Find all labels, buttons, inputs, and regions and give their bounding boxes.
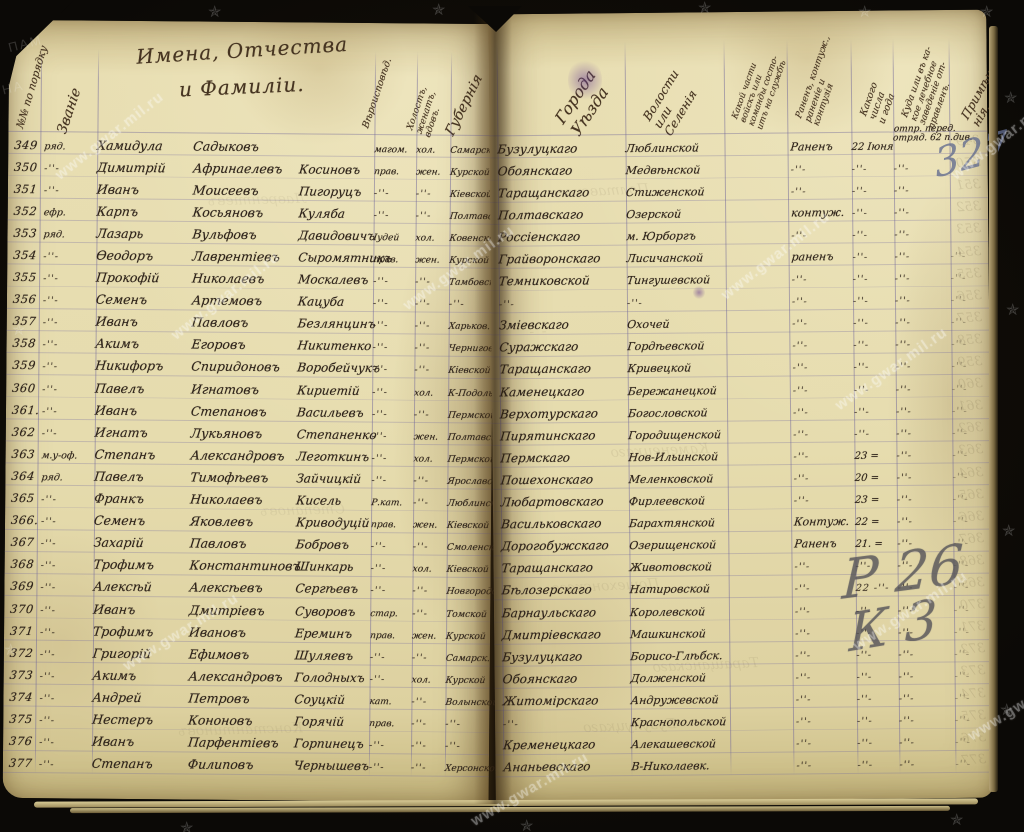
date-value: -''- — [854, 399, 896, 418]
guberniya-value: Пермской — [448, 447, 492, 466]
volost-value: м. Юрборгъ — [626, 224, 725, 244]
unit-value — [728, 542, 791, 543]
volost-value: Тингушевской — [627, 268, 726, 288]
wound-value: -''- — [790, 400, 854, 420]
faith-value: прав. — [369, 711, 411, 730]
first-name: Трофимъ — [93, 620, 189, 640]
surname — [299, 145, 374, 146]
faith-value: кат. — [369, 689, 411, 708]
guberniya-value: Кіевской — [450, 181, 494, 200]
sent-value: -''- — [898, 664, 954, 684]
note-value: -''- — [952, 398, 986, 417]
uezd-value: -''- — [503, 711, 631, 731]
rank-value: -''- — [37, 531, 94, 550]
sent-value: -''- — [896, 443, 952, 463]
first-name: Иванъ — [93, 598, 189, 618]
row-number: 366. — [5, 509, 37, 528]
faith-value: -''- — [369, 733, 411, 752]
volost-value: Городищенской — [628, 423, 727, 443]
date-value: -''- — [852, 200, 894, 219]
first-name: Иванъ — [97, 178, 193, 198]
note-value: -''- — [955, 686, 989, 705]
unit-value — [729, 564, 792, 565]
guberniya-value: Ковенской — [449, 226, 493, 245]
star-icon: ✯ — [432, 0, 445, 19]
date-value: 20 = — [855, 465, 897, 484]
guberniya-value: Курской — [446, 668, 490, 687]
volost-value: Охочей — [627, 312, 726, 332]
row-number: 375 — [3, 708, 35, 727]
first-name: Алексѣй — [93, 576, 189, 596]
row-number: 368 — [5, 553, 37, 572]
note-value: -''- — [955, 708, 989, 727]
patronymic: Александровъ — [191, 444, 297, 464]
wound-value: -''- — [790, 422, 854, 442]
faith-value: -''- — [372, 380, 414, 399]
col-header-volost: Волости или Селенія — [641, 68, 702, 139]
col-header-names-2: и Фамиліи. — [104, 69, 380, 105]
guberniya-value: Люблинск. — [447, 491, 491, 510]
unit-value — [725, 211, 788, 212]
rank-value: -''- — [39, 288, 96, 307]
faith-value: -''- — [372, 446, 414, 465]
faith-value: -''- — [373, 269, 415, 288]
patronymic: Степановъ — [191, 400, 297, 420]
wound-value: -''- — [788, 157, 852, 177]
faith-value: -''- — [373, 291, 415, 310]
wound-value: -''- — [792, 665, 856, 685]
marital-value: -''- — [414, 402, 448, 421]
surname: Никитенко — [298, 335, 373, 355]
surname: Васильевъ — [297, 401, 372, 421]
first-name: Димитрій — [97, 156, 193, 176]
wound-value: -''- — [789, 311, 853, 331]
row-number: 377 — [3, 752, 35, 771]
sent-value: -''- — [899, 730, 955, 750]
date-value: 22 Іюня — [851, 134, 893, 153]
first-name: Семенъ — [96, 289, 192, 309]
sent-value: -''- — [894, 200, 950, 220]
unit-value — [725, 233, 788, 234]
sent-value: -''- — [896, 354, 952, 374]
faith-value: -''- — [373, 313, 415, 332]
rank-value: -''- — [38, 355, 95, 374]
marital-value: хол. — [413, 557, 447, 576]
col-header-sent: Куда или въ ка- кое лечебное заведеніе о… — [901, 45, 961, 130]
col-header-number: №№ по порядку — [14, 44, 50, 130]
date-value: -''- — [857, 731, 899, 750]
sent-value: -''- — [896, 421, 952, 441]
wound-value: -''- — [793, 709, 857, 729]
guberniya-value: Чернигов. — [448, 336, 492, 355]
ledger-row-right: АнаньевскагоВ-Николаевк.-''--''--''--''- — [495, 750, 993, 777]
sent-value: -''- — [894, 222, 950, 242]
uezd-value: Суражскаго — [499, 335, 627, 355]
marital-value: -''- — [412, 579, 446, 598]
date-value: -''- — [857, 753, 899, 772]
uezd-value: Дмитріевскаго — [502, 623, 630, 643]
marital-value: -''- — [411, 711, 445, 730]
marital-value: -''- — [413, 490, 447, 509]
faith-value: прав. — [373, 247, 415, 266]
patronymic: Николаевъ — [192, 268, 298, 288]
row-number: 349 — [8, 133, 40, 152]
guberniya-value: -''- — [445, 734, 489, 753]
guberniya-value: Курской — [446, 623, 490, 642]
first-name: Семенъ — [94, 510, 190, 530]
faith-value: -''- — [369, 755, 411, 774]
surname: Горпинецъ — [294, 732, 369, 752]
scanned-ledger-spread: №№ по порядку Званіе Имена, Отчества и Ф… — [0, 0, 1024, 832]
sent-value: -''- — [896, 399, 952, 419]
patronymic: Лаврентіевъ — [192, 246, 298, 266]
row-number: 355 — [7, 266, 39, 285]
date-value: -''- — [854, 421, 896, 440]
rank-value: ряд. — [39, 222, 96, 241]
sent-value: -''- — [895, 310, 951, 330]
stacked-page-edge — [989, 26, 998, 792]
star-icon: ✯ — [950, 810, 963, 829]
marital-value: хол. — [416, 137, 450, 156]
first-name: Акимъ — [93, 664, 189, 684]
wound-value: -''- — [791, 466, 855, 486]
surname: Сыромятникъ — [298, 246, 373, 266]
unit-value — [726, 343, 789, 344]
rank-value: -''- — [37, 509, 94, 528]
first-name: Игнатъ — [95, 421, 191, 441]
col-header-wound: Раненъ, контуж., раненіе и контузія — [795, 35, 850, 128]
marital-value: -''- — [413, 468, 447, 487]
uezd-value: Бузулуцкаго — [497, 137, 625, 157]
note-value: -''- — [951, 288, 985, 307]
wound-value: контуж. — [788, 201, 852, 221]
uezd-value: Пирятинскаго — [500, 424, 628, 444]
star-icon: ✯ — [1000, 700, 1013, 719]
marital-value: -''- — [411, 689, 445, 708]
patronymic: Кононовъ — [188, 709, 294, 729]
row-number: 371 — [4, 619, 36, 638]
patronymic: Вульфовъ — [192, 223, 298, 243]
patronymic: Дмитріевъ — [189, 599, 295, 619]
row-number: 360 — [6, 376, 38, 395]
surname: Ереминъ — [295, 622, 370, 642]
patronymic: Моисеевъ — [193, 179, 299, 199]
col-header-date: Какого числа и года — [859, 81, 898, 126]
rank-value: ряд. — [37, 465, 94, 484]
uezd-value: Ананьевскаго — [503, 755, 631, 775]
row-number: 350 — [8, 156, 40, 175]
rank-value: -''- — [35, 730, 92, 749]
note-value: -''- — [951, 310, 985, 329]
unit-value — [727, 388, 790, 389]
patronymic: Павловъ — [192, 312, 298, 332]
volost-value: Долженской — [630, 666, 729, 686]
patronymic: Николаевъ — [190, 489, 296, 509]
volost-value: Лисичанской — [626, 246, 725, 266]
first-name: Захарій — [94, 532, 190, 552]
rank-value: -''- — [36, 642, 93, 661]
rank-value: -''- — [39, 333, 96, 352]
rank-value: -''- — [35, 708, 92, 727]
first-name: Никифоръ — [95, 355, 191, 375]
surname: Воробейчукъ — [297, 357, 372, 377]
unit-value — [728, 520, 791, 521]
date-value: 22 = — [855, 510, 897, 529]
marital-value: жен. — [413, 513, 447, 532]
guberniya-value: Курской — [449, 248, 493, 267]
row-number: 369 — [4, 575, 36, 594]
faith-value: -''- — [371, 468, 413, 487]
star-icon: ✯ — [1006, 300, 1019, 319]
first-name: Франкъ — [94, 488, 190, 508]
rank-value: -''- — [39, 244, 96, 263]
surname: Зайчицкій — [296, 467, 371, 487]
col-header-marital: Холостъ, женатъ, вдовъ. — [406, 85, 447, 139]
volost-value: Андружевской — [631, 688, 730, 708]
date-value: 23 = — [854, 443, 896, 462]
guberniya-value: К-Подольск. — [448, 380, 492, 399]
uezd-value: -''- — [499, 291, 627, 311]
note-value: -''- — [954, 663, 988, 682]
rank-value: -''- — [36, 620, 93, 639]
patronymic: Егоровъ — [192, 334, 298, 354]
wound-value: -''- — [792, 643, 856, 663]
date-value: -''- — [852, 178, 894, 197]
sent-value: -''- — [899, 752, 955, 772]
col-header-unit: Какой части войскъ или команды состо- ит… — [731, 48, 789, 132]
marital-value: -''- — [416, 203, 450, 222]
surname: Давидовичъ — [298, 224, 373, 244]
marital-value: -''- — [413, 535, 447, 554]
uezd-value: Бузулуцкаго — [502, 645, 630, 665]
sent-value: -''- — [899, 708, 955, 728]
faith-value: -''- — [371, 534, 413, 553]
first-name: Степанъ — [92, 753, 188, 773]
uezd-value: Пошехонскаго — [501, 468, 629, 488]
guberniya-value: Курской — [450, 159, 494, 178]
surname: Шинкарь — [296, 556, 371, 576]
faith-value: прав. — [370, 623, 412, 642]
rank-value: -''- — [36, 664, 93, 683]
sent-value: -''- — [897, 509, 953, 529]
faith-value: -''- — [371, 556, 413, 575]
marital-value: -''- — [411, 756, 445, 775]
unit-value — [726, 321, 789, 322]
marital-value: хол. — [415, 225, 449, 244]
date-value: -''- — [853, 267, 895, 286]
wound-value: -''- — [789, 267, 853, 287]
guberniya-value: Кіевской — [447, 513, 491, 532]
surname: Безлянцинъ — [298, 313, 373, 333]
uezd-value: Васильковскаго — [501, 512, 629, 532]
unit-value — [730, 675, 793, 676]
unit-value — [726, 299, 789, 300]
row-number: 353 — [7, 222, 39, 241]
patronymic: Алексѣевъ — [189, 577, 295, 597]
date-value: -''- — [857, 686, 899, 705]
rank-value: -''- — [40, 178, 97, 197]
wound-value: -''- — [793, 687, 857, 707]
volost-value: -''- — [627, 290, 726, 310]
guberniya-value: Волынской — [445, 690, 489, 709]
unit-value — [726, 277, 789, 278]
volost-value: Стиженской — [626, 180, 725, 200]
first-name: Карпъ — [97, 200, 193, 220]
note-value: -''- — [953, 487, 987, 506]
first-name: Ѳеодоръ — [96, 245, 192, 265]
first-name: Нестеръ — [92, 709, 188, 729]
wound-value: -''- — [788, 223, 852, 243]
star-icon: ✯ — [520, 816, 533, 832]
guberniya-value: Новгородск. — [446, 579, 490, 598]
uezd-value: Пермскаго — [500, 446, 628, 466]
unit-value — [727, 410, 790, 411]
row-number: 374 — [3, 686, 35, 705]
unit-value — [725, 167, 788, 168]
surname: Куляба — [299, 202, 374, 222]
wound-value: -''- — [793, 731, 857, 751]
wound-value: Раненъ — [787, 134, 851, 154]
row-number: 357 — [7, 310, 39, 329]
faith-value: -''- — [370, 667, 412, 686]
marital-value: хол. — [412, 667, 446, 686]
marital-value: -''- — [415, 270, 449, 289]
surname: Шуляевъ — [295, 644, 370, 664]
volost-value: Животовской — [629, 555, 728, 575]
uezd-value: Грайворонскаго — [498, 247, 626, 267]
note-value: -''- — [955, 752, 989, 771]
surname: Москалевъ — [298, 269, 373, 289]
guberniya-value: -''- — [445, 712, 489, 731]
guberniya-value: Кіевской — [448, 358, 492, 377]
guberniya-value: Полтавск. — [448, 425, 492, 444]
row-number: 351 — [8, 178, 40, 197]
guberniya-value: Самарской — [450, 137, 494, 156]
volost-value: Нов-Ильинской — [628, 445, 727, 465]
uezd-value: Зміевскаго — [499, 313, 627, 333]
uezd-value: Темниковской — [499, 269, 627, 289]
note-value: -''- — [953, 509, 987, 528]
faith-value: -''- — [374, 181, 416, 200]
patronymic: Артемовъ — [192, 290, 298, 310]
rank-value: ряд. — [40, 134, 97, 153]
rank-value: м.у-оф. — [38, 443, 95, 462]
marital-value: -''- — [412, 645, 446, 664]
patronymic: Спиридоновъ — [191, 356, 297, 376]
sent-value: -''- — [895, 266, 951, 286]
guberniya-value: Кіевской — [447, 557, 491, 576]
uezd-value: Обоянскаго — [498, 159, 626, 179]
note-value: -''- — [951, 266, 985, 285]
surname: Горячій — [294, 710, 369, 730]
first-name: Андрей — [92, 687, 188, 707]
volost-value: Гордѣевской — [627, 335, 726, 355]
faith-value: магом. — [374, 137, 416, 156]
unit-value — [728, 476, 791, 477]
ledger-row-left: 377-''-СтепанъФилиповъЧернышевъ-''--''-Х… — [3, 750, 489, 776]
star-icon: ✯ — [1004, 88, 1017, 107]
patronymic: Константиновъ — [190, 555, 296, 575]
volost-value: Краснопольской — [631, 710, 730, 730]
volost-value: Натировской — [630, 578, 729, 598]
date-value: -''- — [852, 156, 894, 175]
unit-value — [725, 189, 788, 190]
rank-value: -''- — [40, 156, 97, 175]
wound-value: -''- — [789, 333, 853, 353]
marital-value: жен. — [412, 623, 446, 642]
first-name: Прокофій — [96, 267, 192, 287]
row-number: 373 — [4, 664, 36, 683]
patronymic: Тимофѣевъ — [190, 466, 296, 486]
uezd-value: Таращанскаго — [498, 181, 626, 201]
wound-value: -''- — [791, 488, 855, 508]
row-number: 352 — [8, 200, 40, 219]
unit-value — [730, 719, 793, 720]
volost-value: Богословской — [628, 401, 727, 421]
guberniya-value: Ярославск. — [447, 469, 491, 488]
date-value: -''- — [857, 708, 899, 727]
surname: Кацуба — [298, 291, 373, 311]
unit-value — [724, 145, 787, 146]
note-value: -''- — [954, 597, 988, 616]
note-value: -''- — [953, 465, 987, 484]
guberniya-value: Полтавск. — [450, 204, 494, 223]
rank-value: -''- — [37, 553, 94, 572]
patronymic: Ивановъ — [189, 621, 295, 641]
unit-value — [729, 586, 792, 587]
note-value: -''- — [954, 619, 988, 638]
surname: Кириетій — [297, 379, 372, 399]
surname: Суворовъ — [295, 600, 370, 620]
patronymic: Петровъ — [188, 687, 294, 707]
rank-value: -''- — [39, 266, 96, 285]
volost-value: В-Николаевк. — [631, 754, 730, 774]
marital-value: -''- — [415, 314, 449, 333]
wound-value: -''- — [788, 179, 852, 199]
col-header-faith: Вѣроисповѣд. — [360, 56, 393, 130]
patronymic: Садыковъ — [193, 135, 299, 155]
rank-value: -''- — [38, 421, 95, 440]
note-value: -''- — [952, 354, 986, 373]
volost-value: Королевской — [630, 600, 729, 620]
patronymic: Ефимовъ — [189, 643, 295, 663]
note-value: -''- — [952, 443, 986, 462]
wound-value: -''- — [793, 753, 857, 773]
surname: Степаненко — [297, 423, 372, 443]
star-icon: ✯ — [208, 2, 221, 21]
unit-value — [729, 653, 792, 654]
date-value: -''- — [852, 245, 894, 264]
unit-value — [730, 741, 793, 742]
volost-value: Озерской — [626, 202, 725, 222]
faith-value: прав. — [374, 159, 416, 178]
uezd-value: Любартовскаго — [501, 490, 629, 510]
marital-value: -''- — [412, 601, 446, 620]
note-value: -''- — [950, 244, 984, 263]
uezd-value: Дорогобужскаго — [501, 534, 629, 554]
patronymic: Павловъ — [190, 533, 296, 553]
uezd-value: Кременецкаго — [503, 733, 631, 753]
guberniya-value: Томской — [446, 601, 490, 620]
uezd-value: Верхотурскаго — [500, 402, 628, 422]
first-name: Степанъ — [95, 444, 191, 464]
wound-value: -''- — [790, 444, 854, 464]
uezd-value: Барнаульскаго — [502, 601, 630, 621]
row-number: 364 — [5, 465, 37, 484]
stacked-page-edge — [70, 806, 950, 813]
volost-value: Меленковской — [629, 467, 728, 487]
table-body-left: 349ряд.ХамидулаСадыковъмагом.хол.Самарск… — [3, 131, 495, 778]
